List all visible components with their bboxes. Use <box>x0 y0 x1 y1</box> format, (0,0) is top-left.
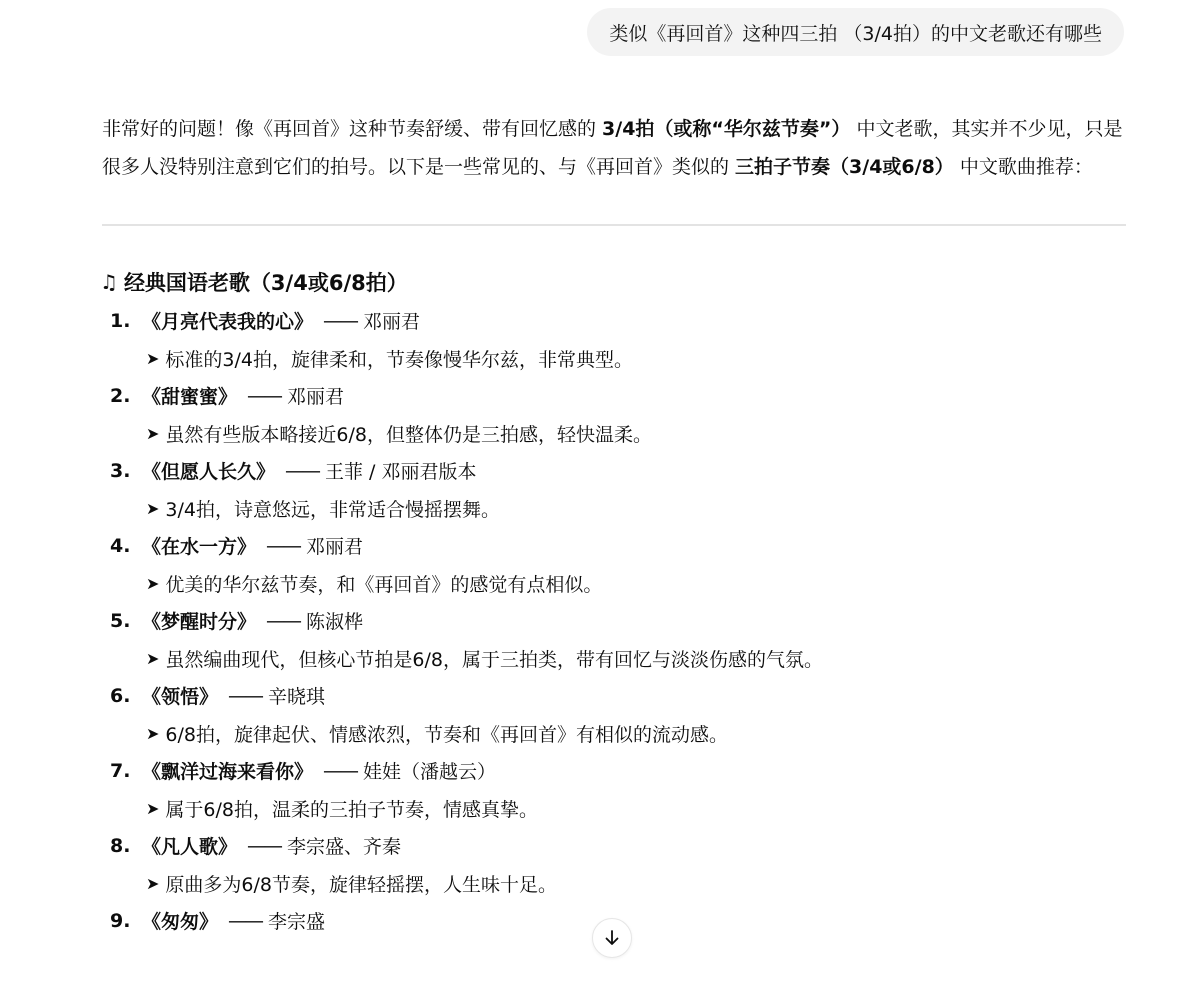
arrow-right-icon: ➤ <box>146 799 159 818</box>
song-description: 属于6/8拍，温柔的三拍子节奏，情感真挚。 <box>165 795 538 822</box>
song-artist: 邓丽君 <box>363 307 420 334</box>
arrow-down-icon <box>602 928 622 948</box>
song-item: 4. 《在水一方》 —— 邓丽君 ➤ 优美的华尔兹节奏，和《再回首》的感觉有点相… <box>102 527 1132 602</box>
dash-separator: —— <box>285 460 319 482</box>
intro-bold-part: 三拍子节奏（3/4或6/8） <box>735 156 954 178</box>
song-item: 6. 《领悟》 —— 辛晓琪 ➤ 6/8拍，旋律起伏、情感浓烈，节奏和《再回首》… <box>102 677 1132 752</box>
music-note-icon: ♫ <box>100 270 118 294</box>
song-description: 6/8拍，旋律起伏、情感浓烈，节奏和《再回首》有相似的流动感。 <box>165 720 728 747</box>
dash-separator: —— <box>228 685 262 707</box>
song-title: 《在水一方》 <box>142 532 256 559</box>
dash-separator: —— <box>266 535 300 557</box>
intro-part: 非常好的问题！像《再回首》这种节奏舒缓、带有回忆感的 <box>102 118 602 140</box>
dash-separator: —— <box>228 910 262 932</box>
dash-separator: —— <box>247 835 281 857</box>
song-item: 7. 《飘洋过海来看你》 —— 娃娃（潘越云） ➤ 属于6/8拍，温柔的三拍子节… <box>102 752 1132 827</box>
arrow-right-icon: ➤ <box>146 424 159 443</box>
song-number: 2. <box>102 385 146 407</box>
song-title: 《飘洋过海来看你》 <box>142 757 313 784</box>
dash-separator: —— <box>266 610 300 632</box>
song-item: 1. 《月亮代表我的心》 —— 邓丽君 ➤ 标准的3/4拍，旋律柔和，节奏像慢华… <box>102 302 1132 377</box>
song-number: 4. <box>102 535 146 557</box>
song-list: 1. 《月亮代表我的心》 —— 邓丽君 ➤ 标准的3/4拍，旋律柔和，节奏像慢华… <box>102 302 1132 939</box>
answer-intro: 非常好的问题！像《再回首》这种节奏舒缓、带有回忆感的 3/4拍（或称“华尔兹节奏… <box>102 110 1132 186</box>
song-description: 优美的华尔兹节奏，和《再回首》的感觉有点相似。 <box>165 570 602 597</box>
song-description: 原曲多为6/8节奏，旋律轻摇摆，人生味十足。 <box>165 870 557 897</box>
song-number: 9. <box>102 910 146 932</box>
song-artist: 邓丽君 <box>287 382 344 409</box>
song-title: 《月亮代表我的心》 <box>142 307 313 334</box>
song-item: 5. 《梦醒时分》 —— 陈淑桦 ➤ 虽然编曲现代，但核心节拍是6/8，属于三拍… <box>102 602 1132 677</box>
song-title: 《但愿人长久》 <box>142 457 275 484</box>
assistant-answer: 非常好的问题！像《再回首》这种节奏舒缓、带有回忆感的 3/4拍（或称“华尔兹节奏… <box>102 110 1132 939</box>
song-number: 5. <box>102 610 146 632</box>
dash-separator: —— <box>323 760 357 782</box>
song-number: 7. <box>102 760 146 782</box>
arrow-right-icon: ➤ <box>146 724 159 743</box>
song-artist: 娃娃（潘越云） <box>363 757 496 784</box>
song-item: 8. 《凡人歌》 —— 李宗盛、齐秦 ➤ 原曲多为6/8节奏，旋律轻摇摆，人生味… <box>102 827 1132 902</box>
intro-bold-part: 3/4拍（或称“华尔兹节奏”） <box>602 118 850 140</box>
dash-separator: —— <box>247 385 281 407</box>
song-artist: 邓丽君 <box>306 532 363 559</box>
song-description: 虽然有些版本略接近6/8，但整体仍是三拍感，轻快温柔。 <box>165 420 652 447</box>
arrow-right-icon: ➤ <box>146 499 159 518</box>
song-number: 8. <box>102 835 146 857</box>
arrow-right-icon: ➤ <box>146 874 159 893</box>
song-artist: 王菲 / 邓丽君版本 <box>325 457 476 484</box>
song-title: 《梦醒时分》 <box>142 607 256 634</box>
song-description: 标准的3/4拍，旋律柔和，节奏像慢华尔兹，非常典型。 <box>165 345 633 372</box>
song-description: 3/4拍，诗意悠远，非常适合慢摇摆舞。 <box>165 495 500 522</box>
song-title: 《甜蜜蜜》 <box>142 382 237 409</box>
song-item: 2. 《甜蜜蜜》 —— 邓丽君 ➤ 虽然有些版本略接近6/8，但整体仍是三拍感，… <box>102 377 1132 452</box>
intro-part: 中文歌曲推荐： <box>954 156 1093 178</box>
scroll-to-bottom-button[interactable] <box>592 918 632 958</box>
song-artist: 李宗盛 <box>268 907 325 934</box>
song-artist: 李宗盛、齐秦 <box>287 832 401 859</box>
arrow-right-icon: ➤ <box>146 649 159 668</box>
section-divider <box>102 224 1126 226</box>
song-artist: 陈淑桦 <box>306 607 363 634</box>
user-message-text: 类似《再回首》这种四三拍 （3/4拍）的中文老歌还有哪些 <box>609 19 1102 46</box>
section-heading: ♫ 经典国语老歌（3/4或6/8拍） <box>100 262 1132 302</box>
dash-separator: —— <box>323 310 357 332</box>
song-number: 3. <box>102 460 146 482</box>
arrow-right-icon: ➤ <box>146 574 159 593</box>
arrow-right-icon: ➤ <box>146 349 159 368</box>
song-description: 虽然编曲现代，但核心节拍是6/8，属于三拍类，带有回忆与淡淡伤感的气氛。 <box>165 645 823 672</box>
section-heading-text: 经典国语老歌（3/4或6/8拍） <box>124 267 408 297</box>
song-artist: 辛晓琪 <box>268 682 325 709</box>
song-number: 6. <box>102 685 146 707</box>
song-title: 《凡人歌》 <box>142 832 237 859</box>
song-title: 《匆匆》 <box>142 907 218 934</box>
song-title: 《领悟》 <box>142 682 218 709</box>
user-message-bubble: 类似《再回首》这种四三拍 （3/4拍）的中文老歌还有哪些 <box>587 8 1124 56</box>
song-item: 3. 《但愿人长久》 —— 王菲 / 邓丽君版本 ➤ 3/4拍，诗意悠远，非常适… <box>102 452 1132 527</box>
song-number: 1. <box>102 310 146 332</box>
